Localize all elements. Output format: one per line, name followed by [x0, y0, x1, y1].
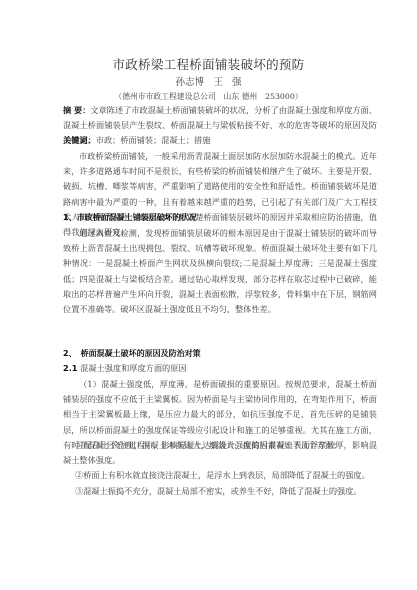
section-2-heading: 2、 桥面混凝土破坏的原因及防治对策	[63, 346, 377, 361]
document-page: 市政桥梁工程桥面铺装破坏的预防 孙志博 王 强 （德州市市政工程建设总公司 山东…	[0, 0, 417, 590]
section-1-paragraph: 通过调查及检测，发现桥面铺装层破坏的根本原因是由于混凝土铺装层的破坏而导致桥上沥…	[63, 226, 377, 317]
list-item: ①配合比不合理，混凝土水灰比大，塌落大，振捣后混凝土表面浮浆较厚，影响混凝土整体…	[63, 438, 377, 468]
keywords-text: 市政；桥面铺装；混凝土；措施	[96, 135, 211, 145]
subsection-number: 2.1	[63, 363, 78, 373]
abstract-label: 摘 要：	[63, 105, 90, 115]
section-1-heading: 1、市政桥面混凝土铺装层破坏的状况	[63, 210, 377, 225]
paper-affiliation: （德州市市政工程建设总公司 山东 德州 253000）	[0, 91, 417, 102]
keywords: 关键词：市政；桥面铺装；混凝土；措施	[63, 133, 377, 148]
subsection-2-1-heading: 2.1 混凝土强度和厚度方面的原因	[63, 361, 377, 376]
keywords-label: 关键词：	[63, 135, 96, 145]
paper-title: 市政桥梁工程桥面铺装破坏的预防	[0, 55, 417, 73]
paper-authors: 孙志博 王 强	[0, 74, 417, 88]
subsection-title: 混凝土强度和厚度方面的原因	[80, 363, 186, 373]
cause-list: ①配合比不合理，混凝土水灰比大，塌落大，振捣后混凝土表面浮浆较厚，影响混凝土整体…	[63, 438, 377, 499]
section-1-body: 通过调查及检测，发现桥面铺装层破坏的根本原因是由于混凝土铺装层的破坏而导致桥上沥…	[63, 226, 377, 317]
list-item: ②桥面上有积水就直接浇注混凝土，是浮水上到表层，局部降低了混凝土的强度。	[63, 468, 377, 483]
list-item: ③混凝土振捣不充分，混凝土局部不密实，或养生不好，降低了混凝土的强度。	[63, 484, 377, 499]
